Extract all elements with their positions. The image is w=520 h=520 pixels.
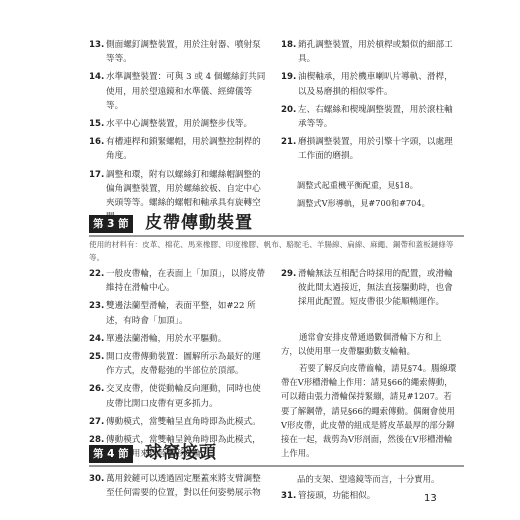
item-number: 26. [89,382,104,396]
list-item-16: 16. 有槽連桿和鎖緊螺帽，用於調整控制桿的角度。 [89,135,266,163]
item-text: 萬用鉸鏈可以透過固定壓蓋來將支臂調整至任何需要的位置，對以任何姿勢展示物 [106,472,266,500]
item-text: 左、右螺絲和楔塊調整裝置，用於滾柱軸承等等。 [298,103,458,131]
item-number: 29. [281,267,296,281]
page-number: 13 [424,493,437,504]
item-text: 傳動模式，當雙軸呈直角時即為此模式。 [106,415,266,429]
list-item-14: 14. 水準調整裝置：可與 3 或 4 個螺絲釘共同使用，用於望遠鏡和水準儀、經… [89,70,266,113]
list-item-29: 29. 滑輪無法互相配合時採用的配置，或滑輪彼此間太過接近，無法直接驅動時，也會… [281,267,458,310]
list-item-13: 13. 側面螺釘調整裝置，用於注射器、噴射泵等等。 [89,38,266,66]
item-number: 30. [89,472,104,486]
item-number: 21. [281,135,296,149]
item-number: 24. [89,332,104,346]
list-item-20: 20. 左、右螺絲和楔塊調整裝置，用於滾柱軸承等等。 [281,103,458,131]
item-number: 14. [89,70,104,84]
item-number: 15. [89,117,104,131]
list-item-30: 30. 萬用鉸鏈可以透過固定壓蓋來將支臂調整至任何需要的位置，對以任何姿勢展示物 [89,472,266,500]
item-text: 銷孔調整裝置，用於槓桿或類似的細部工具。 [298,38,458,66]
item-text: 雙邊法蘭型滑輪，表面平整，如#22 所述，有時會「加頂」。 [106,299,266,327]
item-number: 13. [89,38,104,52]
section-title: 皮帶傳動裝置 [145,211,253,235]
item-number: 16. [89,135,104,149]
cross-reference-note: 調整式V形導軌，見#700和#704。 [281,196,458,210]
section-3-header: 第 3 節 皮帶傳動裝置 [89,213,464,237]
item-number: 23. [89,299,104,313]
section-3-intro: 使用的材料有：皮革、棉花、馬來橡膠、印度橡膠、帆布、駱駝毛、羊腸線、扁線、麻繩、… [89,238,464,264]
section-4-left-column: 30. 萬用鉸鏈可以透過固定壓蓋來將支臂調整至任何需要的位置，對以任何姿勢展示物 [89,472,266,504]
list-item-19: 19. 油楔軸承，用於機車喇叭片導軌、滑桿，以及易磨損的相似零件。 [281,70,458,98]
section-title: 球窩接頭 [145,441,217,465]
item-number: 17. [89,168,104,182]
item-number: 20. [281,103,296,117]
item-text: 單邊法蘭滑輪，用於水平驅動。 [106,332,266,346]
list-item-24: 24. 單邊法蘭滑輪，用於水平驅動。 [89,332,266,346]
item-number: 25. [89,350,104,364]
section-tag: 第 3 節 [89,215,133,233]
book-page: 13. 側面螺釘調整裝置，用於注射器、噴射泵等等。 14. 水準調整裝置：可與 … [0,0,520,520]
item-text: 一般皮帶輪，在表面上「加頂」，以將皮帶維持在滑輪中心。 [106,267,266,295]
list-item-22: 22. 一般皮帶輪，在表面上「加頂」，以將皮帶維持在滑輪中心。 [89,267,266,295]
list-item-25: 25. 開口皮帶傳動裝置：圖解所示為最好的運作方式，皮帶鬆弛的半部位於頂部。 [89,350,266,378]
top-left-column: 13. 側面螺釘調整裝置，用於注射器、噴射泵等等。 14. 水準調整裝置：可與 … [89,38,266,228]
list-item-23: 23. 雙邊法蘭型滑輪，表面平整，如#22 所述，有時會「加頂」。 [89,299,266,327]
item-text: 開口皮帶傳動裝置：圖解所示為最好的運作方式，皮帶鬆弛的半部位於頂部。 [106,350,266,378]
item-number: 27. [89,415,104,429]
body-paragraph: 通常會安排皮帶通過數個滑輪下方和上方，以使用單一皮帶驅動數支輪軸。 [281,330,458,358]
section-3-left-column: 22. 一般皮帶輪，在表面上「加頂」，以將皮帶維持在滑輪中心。 23. 雙邊法蘭… [89,267,266,465]
section-tag: 第 4 節 [89,445,133,463]
item-text: 油楔軸承，用於機車喇叭片導軌、滑桿，以及易磨損的相似零件。 [298,70,458,98]
list-item-26: 26. 交叉皮帶，使從動輪反向運動，同時也使皮帶比開口皮帶有更多抓力。 [89,382,266,410]
list-item-18: 18. 銷孔調整裝置，用於槓桿或類似的細部工具。 [281,38,458,66]
list-item-15: 15. 水平中心調整裝置，用於調整步伐等。 [89,117,266,131]
section-4-header: 第 4 節 球窩接頭 [89,443,464,467]
top-right-column: 18. 銷孔調整裝置，用於槓桿或類似的細部工具。 19. 油楔軸承，用於機車喇叭… [281,38,458,210]
cross-reference-note: 調整式起重機平衡配重，見§18。 [281,178,458,192]
item-text: 磨損調整裝置，用於引擎十字頭，以處理工作面的磨損。 [298,135,458,163]
item-text: 水平中心調整裝置，用於調整步伐等。 [106,117,266,131]
item-text: 側面螺釘調整裝置，用於注射器、噴射泵等等。 [106,38,266,66]
item-number: 19. [281,70,296,84]
item-number: 31. [281,489,296,503]
item-text: 有槽連桿和鎖緊螺帽，用於調整控制桿的角度。 [106,135,266,163]
continued-text: 品的支架、望遠鏡等而言，十分實用。 [281,472,458,486]
item-text: 水準調整裝置：可與 3 或 4 個螺絲釘共同使用，用於望遠鏡和水準儀、經緯儀等等… [106,70,266,113]
item-number: 18. [281,38,296,52]
section-3-right-column: 29. 滑輪無法互相配合時採用的配置，或滑輪彼此間太過接近，無法直接驅動時，也會… [281,267,458,463]
item-text: 交叉皮帶，使從動輪反向運動，同時也使皮帶比開口皮帶有更多抓力。 [106,382,266,410]
item-text: 滑輪無法互相配合時採用的配置，或滑輪彼此間太過接近，無法直接驅動時，也會採用此配… [298,267,458,310]
list-item-21: 21. 磨損調整裝置，用於引擎十字頭，以處理工作面的磨損。 [281,135,458,163]
item-number: 22. [89,267,104,281]
list-item-27: 27. 傳動模式，當雙軸呈直角時即為此模式。 [89,415,266,429]
